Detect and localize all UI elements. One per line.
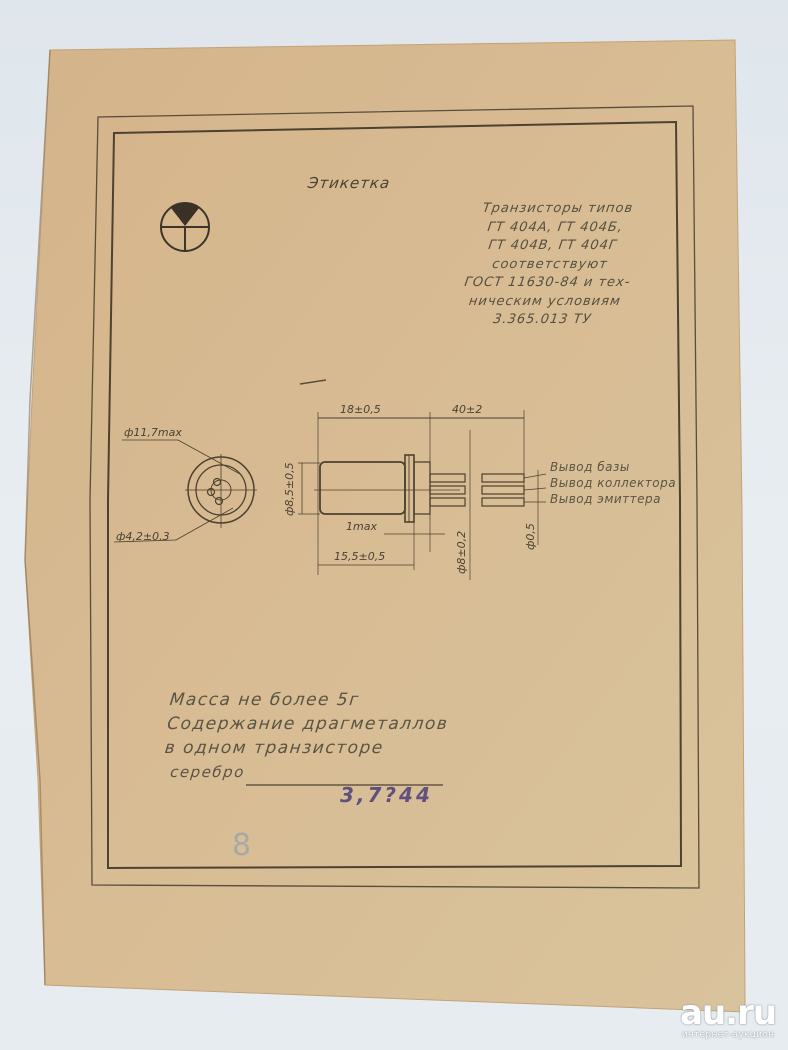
- au-ru-watermark: au.ru интернет-аукцион: [680, 996, 776, 1041]
- spec-line: Транзисторы типов: [447, 200, 670, 219]
- per-transistor-line: в одном транзисторе: [163, 736, 447, 760]
- pin-label-collector: Вывод коллектора: [550, 476, 676, 490]
- base-diameter-label: ф8±0,2: [455, 531, 468, 574]
- body-length-label: 18±0,5: [340, 403, 381, 416]
- pin-label-emitter: Вывод эмиттера: [550, 492, 661, 506]
- spec-line: соответствуют: [439, 256, 662, 275]
- outer-diameter-label: ф11,7max: [124, 426, 182, 439]
- silver-content-handwritten: 3,7?44: [340, 783, 433, 807]
- lead-length-label: 40±2: [452, 403, 482, 416]
- spec-line: ническим условиям: [434, 293, 657, 312]
- quality-mark-icon: [161, 203, 209, 251]
- watermark-subtitle: интернет-аукцион: [680, 1030, 776, 1041]
- spec-line: 3.365.013 ТУ: [431, 311, 654, 330]
- pin-circle-diameter-label: ф4,2±0,3: [116, 530, 170, 543]
- overall-length-label: 15,5±0,5: [334, 550, 385, 563]
- pin-label-base: Вывод базы: [550, 460, 630, 474]
- specification-text: Транзисторы типов ГТ 404А, ГТ 404Б, ГТ 4…: [431, 200, 669, 330]
- body-diameter-label: ф8,5±0,5: [283, 462, 296, 516]
- label-paper: Этикетка Транзисторы типов ГТ 404А, ГТ 4…: [0, 0, 788, 1050]
- spec-line: ГТ 404В, ГТ 404Г: [441, 237, 664, 256]
- watermark-logo: au.ru: [680, 996, 776, 1030]
- spec-line: ГТ 404А, ГТ 404Б,: [444, 219, 667, 238]
- spec-line: ГОСТ 11630-84 и тех-: [436, 274, 659, 293]
- document-title: Этикетка: [307, 174, 392, 192]
- flange-thickness-label: 1max: [346, 520, 377, 533]
- silver-label: серебро: [161, 760, 445, 784]
- lead-diameter-label: ф0,5: [524, 523, 537, 550]
- stamp-mark: 8: [232, 828, 251, 863]
- mass-line: Масса не более 5г: [169, 688, 453, 712]
- footer-text: Масса не более 5г Содержание драгметалло…: [161, 688, 452, 784]
- precious-metals-line: Содержание драгметаллов: [166, 712, 450, 736]
- paper-sheet-graphic: [0, 0, 788, 1050]
